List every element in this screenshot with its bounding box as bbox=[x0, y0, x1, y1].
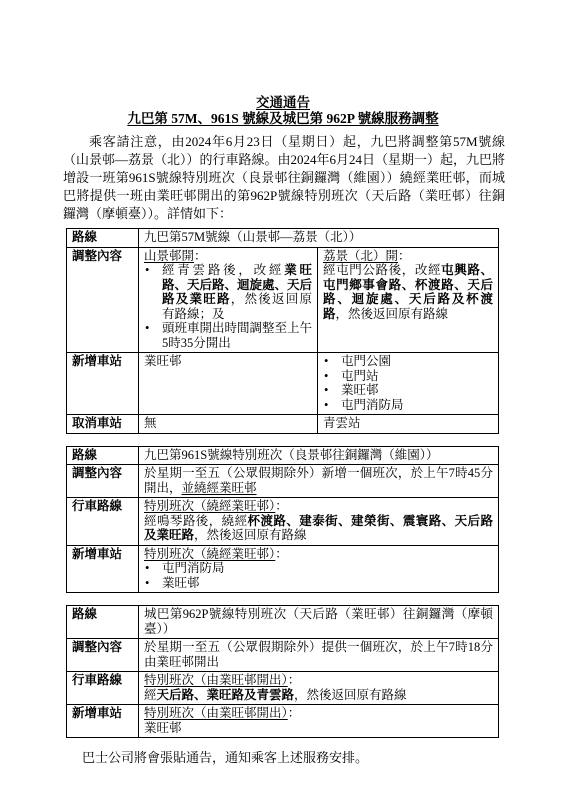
new-stops-shan-king: 業旺邨 bbox=[139, 353, 318, 415]
closing-paragraph: 巴士公司將會張貼通告，通知乘客上述服務安排。 bbox=[63, 749, 503, 767]
row-route: 路線 城巴第962P號線特別班次（天后路（業旺邨）往銅鑼灣（摩頓臺）） bbox=[67, 606, 499, 639]
stop-name: 業旺邨 bbox=[162, 576, 493, 591]
colon: ： bbox=[275, 547, 288, 561]
bullet-icon: • bbox=[144, 321, 162, 350]
bullet-icon: • bbox=[323, 398, 341, 413]
cell-heading: 山景邨開： bbox=[144, 249, 312, 264]
intro-paragraph: 乘客請注意，由2024年6月23日（星期日）起，九巴將調整第57M號線（山景邨—… bbox=[63, 133, 505, 223]
bullet-icon: • bbox=[144, 561, 162, 576]
row-label-routing: 行車路線 bbox=[67, 498, 139, 546]
row-new-stops: 新增車站 業旺邨 • 屯門公園 • 屯門站 • 業旺邨 • 屯門消防局 bbox=[67, 353, 499, 415]
row-label-adjustment: 調整內容 bbox=[67, 639, 139, 672]
colon: ： bbox=[194, 249, 207, 263]
row-cancelled-stops: 取消車站 無 青雲站 bbox=[67, 415, 499, 434]
route-961s-value: 九巴第961S號線特別班次（良景邨往銅鑼灣（維園）） bbox=[139, 446, 499, 465]
list-item: • 屯門消防局 bbox=[144, 561, 493, 576]
row-label-adjustment: 調整內容 bbox=[67, 465, 139, 498]
routing-text: 經屯門公路後，改經屯興路、屯門鄉事會路、杯渡路、天后路、迴旋處、天后路及杯渡路，… bbox=[323, 263, 493, 321]
row-routing: 行車路線 特別班次（繞經業旺邨）： 經鳴琴路後，繞經杯渡路、建泰街、建榮街、震寰… bbox=[67, 498, 499, 546]
bullet-icon: • bbox=[323, 354, 341, 369]
row-label-new-stops: 新增車站 bbox=[67, 705, 139, 738]
routing-961s: 特別班次（繞經業旺邨）： 經鳴琴路後，繞經杯渡路、建泰街、建榮街、震寰路、天后路… bbox=[139, 498, 499, 546]
row-label-route: 路線 bbox=[67, 606, 139, 639]
bullet-icon: • bbox=[323, 383, 341, 398]
route-962p-value: 城巴第962P號線特別班次（天后路（業旺邨）往銅鑼灣（摩頓臺）） bbox=[139, 606, 499, 639]
routing-962p: 特別班次（由業旺邨開出）： 經天后路、業旺路及青雲路，然後返回原有路線 bbox=[139, 672, 499, 705]
row-label-adjustment: 調整內容 bbox=[67, 247, 139, 353]
row-label-new-stops: 新增車站 bbox=[67, 353, 139, 415]
new-stops-962p: 特別班次（由業旺邨開出）： 業旺邨 bbox=[139, 705, 499, 738]
row-new-stops: 新增車站 特別班次（繞經業旺邨）： • 屯門消防局 • 業旺邨 bbox=[67, 545, 499, 593]
cell-heading: 特別班次（由業旺邨開出）： bbox=[144, 673, 493, 688]
row-route: 路線 九巴第57M號線（山景邨—荔景（北）） bbox=[67, 229, 499, 248]
new-stops-lai-king: • 屯門公園 • 屯門站 • 業旺邨 • 屯門消防局 bbox=[318, 353, 499, 415]
list-item: • 業旺邨 bbox=[144, 576, 493, 591]
row-label-route: 路線 bbox=[67, 446, 139, 465]
list-item: • 屯門公園 bbox=[323, 354, 493, 369]
routing-text: 經鳴琴路後，繞經杯渡路、建泰街、建榮街、震寰路、天后路及業旺路，然後返回原有路線 bbox=[144, 514, 493, 543]
new-stops-961s: 特別班次（繞經業旺邨）： • 屯門消防局 • 業旺邨 bbox=[139, 545, 499, 593]
adjustment-961s: 於星期一至五（公眾假期除外）新增一個班次，於上午7時45分開出，並繞經業旺邨 bbox=[139, 465, 499, 498]
row-route: 路線 九巴第961S號線特別班次（良景邨往銅鑼灣（維園）） bbox=[67, 446, 499, 465]
list-item: • 頭班車開出時間調整至上午5時35分開出 bbox=[144, 321, 312, 350]
bullet-icon: • bbox=[144, 576, 162, 591]
stop-name: 屯門消防局 bbox=[162, 561, 493, 576]
route-57m-value: 九巴第57M號線（山景邨—荔景（北）） bbox=[139, 229, 499, 248]
bullet-icon: • bbox=[323, 369, 341, 384]
row-new-stops: 新增車站 特別班次（由業旺邨開出）： 業旺邨 bbox=[67, 705, 499, 738]
cell-heading: 特別班次（繞經業旺邨）： bbox=[144, 499, 493, 514]
table-route-57m: 路線 九巴第57M號線（山景邨—荔景（北）） 調整內容 山景邨開： • 經青雲路… bbox=[66, 228, 499, 434]
adjustment-from-lai-king: 荔景（北）開： 經屯門公路後，改經屯興路、屯門鄉事會路、杯渡路、天后路、迴旋處、… bbox=[318, 247, 499, 353]
bullet-text: 頭班車開出時間調整至上午5時35分開出 bbox=[162, 321, 312, 350]
list-item: • 業旺邨 bbox=[323, 383, 493, 398]
list-item: • 屯門站 bbox=[323, 369, 493, 384]
cancelled-stops-shan-king: 無 bbox=[139, 415, 318, 434]
cell-heading: 特別班次（繞經業旺邨）： bbox=[144, 547, 493, 562]
row-label-route: 路線 bbox=[67, 229, 139, 248]
cancelled-stops-lai-king: 青雲站 bbox=[318, 415, 499, 434]
colon: ： bbox=[288, 673, 301, 687]
colon: ： bbox=[275, 499, 288, 513]
adjustment-962p: 於星期一至五（公眾假期除外）提供一個班次，於上午7時18分由業旺邨開出 bbox=[139, 639, 499, 672]
table-route-961s: 路線 九巴第961S號線特別班次（良景邨往銅鑼灣（維園）） 調整內容 於星期一至… bbox=[66, 446, 499, 594]
title-block: 交通通告 九巴第 57M、961S 號線及城巴第 962P 號線服務調整 bbox=[0, 0, 566, 126]
stop-name: 業旺邨 bbox=[341, 383, 493, 398]
bullet-text: 經青雲路後，改經業旺路、天后路、迴旋處、天后路及業旺路，然後返回原有路線；及 bbox=[162, 263, 312, 321]
cell-heading: 特別班次（由業旺邨開出）： bbox=[144, 706, 493, 721]
row-label-routing: 行車路線 bbox=[67, 672, 139, 705]
row-routing: 行車路線 特別班次（由業旺邨開出）： 經天后路、業旺路及青雲路，然後返回原有路線 bbox=[67, 672, 499, 705]
adjustment-from-shan-king: 山景邨開： • 經青雲路後，改經業旺路、天后路、迴旋處、天后路及業旺路，然後返回… bbox=[139, 247, 318, 353]
row-label-cancelled-stops: 取消車站 bbox=[67, 415, 139, 434]
stop-name: 屯門公園 bbox=[341, 354, 493, 369]
stop-name: 業旺邨 bbox=[144, 721, 493, 736]
colon: ： bbox=[288, 706, 301, 720]
notice-title: 交通通告 bbox=[0, 95, 566, 110]
notice-subtitle: 九巴第 57M、961S 號線及城巴第 962P 號線服務調整 bbox=[0, 111, 566, 126]
stop-name: 屯門消防局 bbox=[341, 398, 493, 413]
cell-heading: 荔景（北）開： bbox=[323, 249, 493, 264]
notice-document: 交通通告 九巴第 57M、961S 號線及城巴第 962P 號線服務調整 乘客請… bbox=[0, 0, 566, 800]
list-item: • 屯門消防局 bbox=[323, 398, 493, 413]
table-route-962p: 路線 城巴第962P號線特別班次（天后路（業旺邨）往銅鑼灣（摩頓臺）） 調整內容… bbox=[66, 605, 499, 738]
routing-text: 經天后路、業旺路及青雲路，然後返回原有路線 bbox=[144, 688, 493, 703]
colon: ： bbox=[398, 249, 411, 263]
bullet-icon: • bbox=[144, 263, 162, 321]
row-adjustment: 調整內容 於星期一至五（公眾假期除外）新增一個班次，於上午7時45分開出，並繞經… bbox=[67, 465, 499, 498]
list-item: • 經青雲路後，改經業旺路、天后路、迴旋處、天后路及業旺路，然後返回原有路線；及 bbox=[144, 263, 312, 321]
row-adjustment: 調整內容 山景邨開： • 經青雲路後，改經業旺路、天后路、迴旋處、天后路及業旺路… bbox=[67, 247, 499, 353]
stop-name: 屯門站 bbox=[341, 369, 493, 384]
row-adjustment: 調整內容 於星期一至五（公眾假期除外）提供一個班次，於上午7時18分由業旺邨開出 bbox=[67, 639, 499, 672]
row-label-new-stops: 新增車站 bbox=[67, 545, 139, 593]
